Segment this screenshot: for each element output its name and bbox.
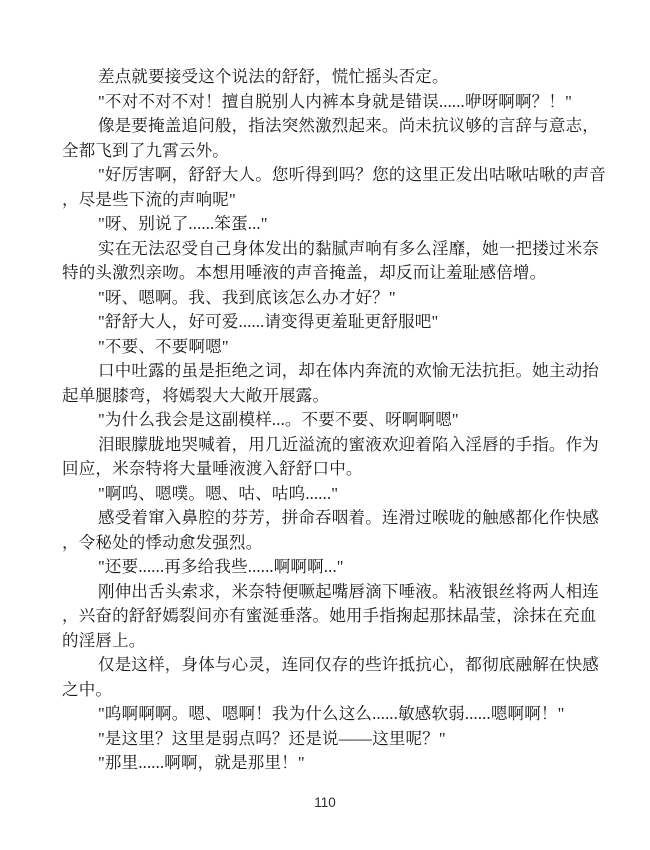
text-line: 实在无法忍受自己身体发出的黏腻声响有多么淫靡，她一把搂过米奈 (62, 237, 610, 262)
text-line: 全都飞到了九霄云外。 (62, 139, 610, 164)
text-line: "舒舒大人，好可爱......请变得更羞耻更舒服吧" (62, 310, 610, 335)
text-line: 起单腿膝弯，将嫣裂大大敞开展露。 (62, 384, 610, 409)
text-line: ，兴奋的舒舒嫣裂间亦有蜜涎垂落。她用手指掬起那抹晶莹，涂抹在充血 (62, 604, 610, 629)
text-line: 像是要掩盖追问般，指法突然激烈起来。尚未抗议够的言辞与意志， (62, 114, 610, 139)
text-line: 回应，米奈特将大量唾液渡入舒舒口中。 (62, 457, 610, 482)
text-line: "呀、别说了......笨蛋..." (62, 212, 610, 237)
text-line: 仅是这样，身体与心灵，连同仅存的些许抵抗心，都彻底融解在快感 (62, 653, 610, 678)
page-number: 110 (0, 795, 650, 810)
text-line: 的淫唇上。 (62, 629, 610, 654)
text-line: "呜啊啊啊。嗯、嗯啊！我为什么这么......敏感软弱......嗯啊啊！" (62, 702, 610, 727)
text-line: "还要......再多给我些......啊啊啊..." (62, 555, 610, 580)
text-line: 感受着窜入鼻腔的芬芳，拼命吞咽着。连滑过喉咙的触感都化作快感 (62, 506, 610, 531)
text-line: 刚伸出舌头索求，米奈特便噘起嘴唇滴下唾液。粘液银丝将两人相连 (62, 580, 610, 605)
text-line: ，尽是些下流的声响呢" (62, 188, 610, 213)
text-line: ，令秘处的悸动愈发强烈。 (62, 531, 610, 556)
text-line: "啊呜、嗯噗。嗯、咕、咕呜......" (62, 482, 610, 507)
text-line: "不要、不要啊嗯" (62, 335, 610, 360)
text-line: "为什么我会是这副模样...。不要不要、呀啊啊嗯" (62, 408, 610, 433)
text-block: 差点就要接受这个说法的舒舒，慌忙摇头否定。"不对不对不对！擅自脱别人内裤本身就是… (62, 65, 610, 776)
text-line: "那里......啊啊，就是那里！" (62, 751, 610, 776)
text-line: "不对不对不对！擅自脱别人内裤本身就是错误......咿呀啊啊？！" (62, 90, 610, 115)
text-line: 之中。 (62, 678, 610, 703)
text-line: "呀、嗯啊。我、我到底该怎么办才好？" (62, 286, 610, 311)
text-line: 差点就要接受这个说法的舒舒，慌忙摇头否定。 (62, 65, 610, 90)
text-line: 口中吐露的虽是拒绝之词，却在体内奔流的欢愉无法抗拒。她主动抬 (62, 359, 610, 384)
text-line: 泪眼朦胧地哭喊着，用几近溢流的蜜液欢迎着陷入淫唇的手指。作为 (62, 433, 610, 458)
text-line: "好厉害啊，舒舒大人。您听得到吗？您的这里正发出咕啾咕啾的声音 (62, 163, 610, 188)
text-line: "是这里？这里是弱点吗？还是说——这里呢？" (62, 727, 610, 752)
book-page: 差点就要接受这个说法的舒舒，慌忙摇头否定。"不对不对不对！擅自脱别人内裤本身就是… (0, 0, 650, 850)
text-line: 特的头激烈亲吻。本想用唾液的声音掩盖，却反而让羞耻感倍增。 (62, 261, 610, 286)
